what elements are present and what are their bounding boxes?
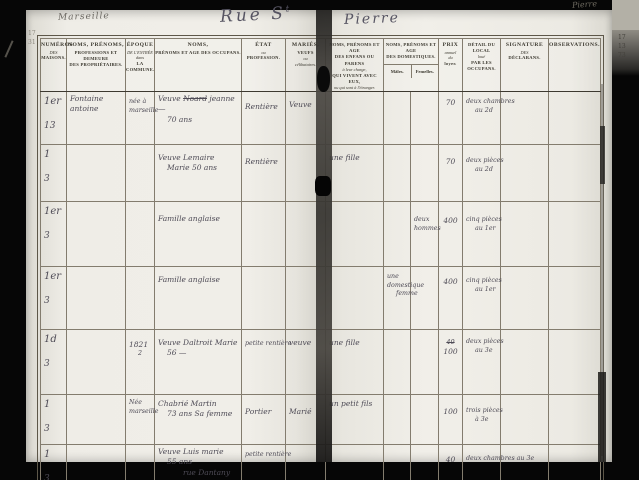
cell-epoque: [126, 201, 155, 266]
cell-occupants: Chabrié Martin 73 ans Sa femme: [155, 394, 242, 444]
cell-occupants: Veuve Lemaire Marie 50 ans: [155, 144, 242, 201]
street-title-left: Rue St: [220, 3, 293, 27]
cell-maison: 1er 13: [41, 91, 67, 144]
cell-enfants: [326, 266, 384, 329]
header-domestiques-split: Mâles. Femelles.: [384, 64, 438, 78]
cell-maison: 1 3: [41, 394, 67, 444]
page-edge-shadow: [598, 372, 606, 462]
cell-prix: 400: [439, 201, 463, 266]
cell-proprietaire: [67, 201, 126, 266]
cell-occupants: Veuve Luis marie 55 ans rue Dantany: [155, 444, 242, 480]
cell-proprietaire: [67, 144, 126, 201]
cell-maison: 1 3: [41, 444, 67, 480]
cell-dom-males: [384, 91, 411, 144]
cell-occupants: Veuve Daltroit Marie 56 —: [155, 329, 242, 394]
cell-enfants: [326, 444, 384, 480]
left-margin-marks: 17 31: [28, 29, 36, 47]
cell-proprietaire: [67, 329, 126, 394]
ink-blot: [315, 176, 331, 196]
cell-detail: deux chambres au 3e: [463, 444, 501, 480]
cell-epoque: Née marseille: [126, 394, 155, 444]
cell-prix: 40: [439, 444, 463, 480]
cell-occupants: Veuve Noard jeanne — 70 ans: [155, 91, 242, 144]
cell-etat: petite rentière: [242, 444, 286, 480]
cell-proprietaire: [67, 394, 126, 444]
cell-prix: 400: [439, 266, 463, 329]
header-epoque: ÉPOQUE DE L'ENTRÉE dans LA COMMUNE.: [126, 39, 155, 92]
cell-etat: [242, 266, 286, 329]
cell-maison: 1er 3: [41, 201, 67, 266]
header-domestiques: NOMS, PRÉNOMS ET AGE DES DOMESTIQUES. Mâ…: [384, 39, 439, 92]
cell-epoque: 1821 2: [126, 329, 155, 394]
page-edge-shadow: [600, 126, 605, 184]
cell-dom-males: [384, 444, 411, 480]
cell-proprietaire: Fontaine antoine: [67, 91, 126, 144]
cell-dom-males: [384, 201, 411, 266]
cell-dom-males: une domestique femme: [384, 266, 411, 329]
street-title-right: Pierre: [344, 10, 400, 28]
cell-signature: [501, 329, 549, 394]
margin-mark: 73: [618, 51, 626, 60]
cell-signature: [501, 394, 549, 444]
adjacent-page-corner: [612, 0, 639, 30]
cell-dom-femelles: [411, 144, 439, 201]
cell-detail: deux pièces au 2d: [463, 144, 501, 201]
cell-epoque: [126, 144, 155, 201]
city-annotation: Marseille: [58, 11, 110, 23]
header-enfants: NOMS, PRÉNOMS ET AGE DES ENFANS OU PAREN…: [326, 39, 384, 92]
scanned-census-register: NUMÉROS DES MAISONS. NOMS, PRÉNOMS, PROF…: [0, 0, 639, 480]
cell-enfants: une fille: [326, 144, 384, 201]
cell-etat: Rentière: [242, 91, 286, 144]
cell-detail: deux pièces au 3e: [463, 329, 501, 394]
cell-detail: cinq pièces au 1er: [463, 266, 501, 329]
header-detail: DÉTAIL DU LOCAL loué PAR LES OCCUPANS.: [463, 39, 501, 92]
cell-maison: 1 3: [41, 144, 67, 201]
cell-observations: [549, 444, 601, 480]
margin-mark: 31: [28, 38, 36, 47]
cell-prix: 70: [439, 91, 463, 144]
header-numeros: NUMÉROS DES MAISONS.: [41, 39, 67, 92]
cell-prix: 70: [439, 144, 463, 201]
cell-occupants: Famille anglaise: [155, 266, 242, 329]
cell-detail: cinq pièces au 1er: [463, 201, 501, 266]
cell-dom-femelles: [411, 394, 439, 444]
cell-observations: [549, 144, 601, 201]
cell-signature: [501, 144, 549, 201]
cell-etat: Rentière: [242, 144, 286, 201]
cell-observations: [549, 91, 601, 144]
cell-signature: [501, 444, 549, 480]
cell-observations: [549, 329, 601, 394]
header-proprietaires: NOMS, PRÉNOMS, PROFESSIONS ET DEMEURE DE…: [67, 39, 126, 92]
ink-blot: [317, 66, 330, 92]
cell-dom-males: [384, 394, 411, 444]
cell-prix: 40 100: [439, 329, 463, 394]
cell-proprietaire: [67, 444, 126, 480]
margin-mark: 13: [618, 42, 626, 51]
cell-signature: [501, 201, 549, 266]
margin-mark: 17: [618, 33, 626, 42]
header-occupants: NOMS, PRÉNOMS ET AGE DES OCCUPANS.: [155, 39, 242, 92]
margin-mark: 17: [28, 29, 36, 38]
cell-signature: [501, 266, 549, 329]
cell-detail: trois pièces à 3e: [463, 394, 501, 444]
cell-dom-femelles: [411, 444, 439, 480]
cell-epoque: [126, 444, 155, 480]
cell-proprietaire: [67, 266, 126, 329]
header-signature: SIGNATURE DES DÉCLARANS.: [501, 39, 549, 92]
cell-etat: [242, 201, 286, 266]
cell-observations: [549, 394, 601, 444]
cell-dom-males: [384, 329, 411, 394]
cell-prix: 100: [439, 394, 463, 444]
cell-observations: [549, 201, 601, 266]
cell-enfants: un petit fils: [326, 394, 384, 444]
margin-pen-stroke: [4, 40, 13, 57]
header-etat: ÉTAT ou PROFESSION.: [242, 39, 286, 92]
cell-detail: deux chambres au 2d: [463, 91, 501, 144]
cell-dom-femelles: [411, 91, 439, 144]
cell-epoque: [126, 266, 155, 329]
corner-scribble: Pierre: [572, 0, 598, 10]
header-prix: PRIX annuel du loyer.: [439, 39, 463, 92]
header-observations: OBSERVATIONS.: [549, 39, 601, 92]
right-margin-marks: 17 13 73: [618, 33, 626, 60]
cell-dom-males: [384, 144, 411, 201]
cell-etat: petite rentière: [242, 329, 286, 394]
cell-epoque: née à marseille: [126, 91, 155, 144]
cell-enfants: [326, 201, 384, 266]
cell-enfants: une fille: [326, 329, 384, 394]
header-dom-males: Mâles.: [384, 65, 411, 78]
cell-maison: 1d 3: [41, 329, 67, 394]
cell-maison: 1er 3: [41, 266, 67, 329]
header-dom-femelles: Femelles.: [411, 65, 439, 78]
cell-observations: [549, 266, 601, 329]
cell-etat: Portier: [242, 394, 286, 444]
cell-occupants: Famille anglaise: [155, 201, 242, 266]
cell-dom-femelles: [411, 329, 439, 394]
cell-dom-femelles: deux hommes: [411, 201, 439, 266]
cell-enfants: [326, 91, 384, 144]
